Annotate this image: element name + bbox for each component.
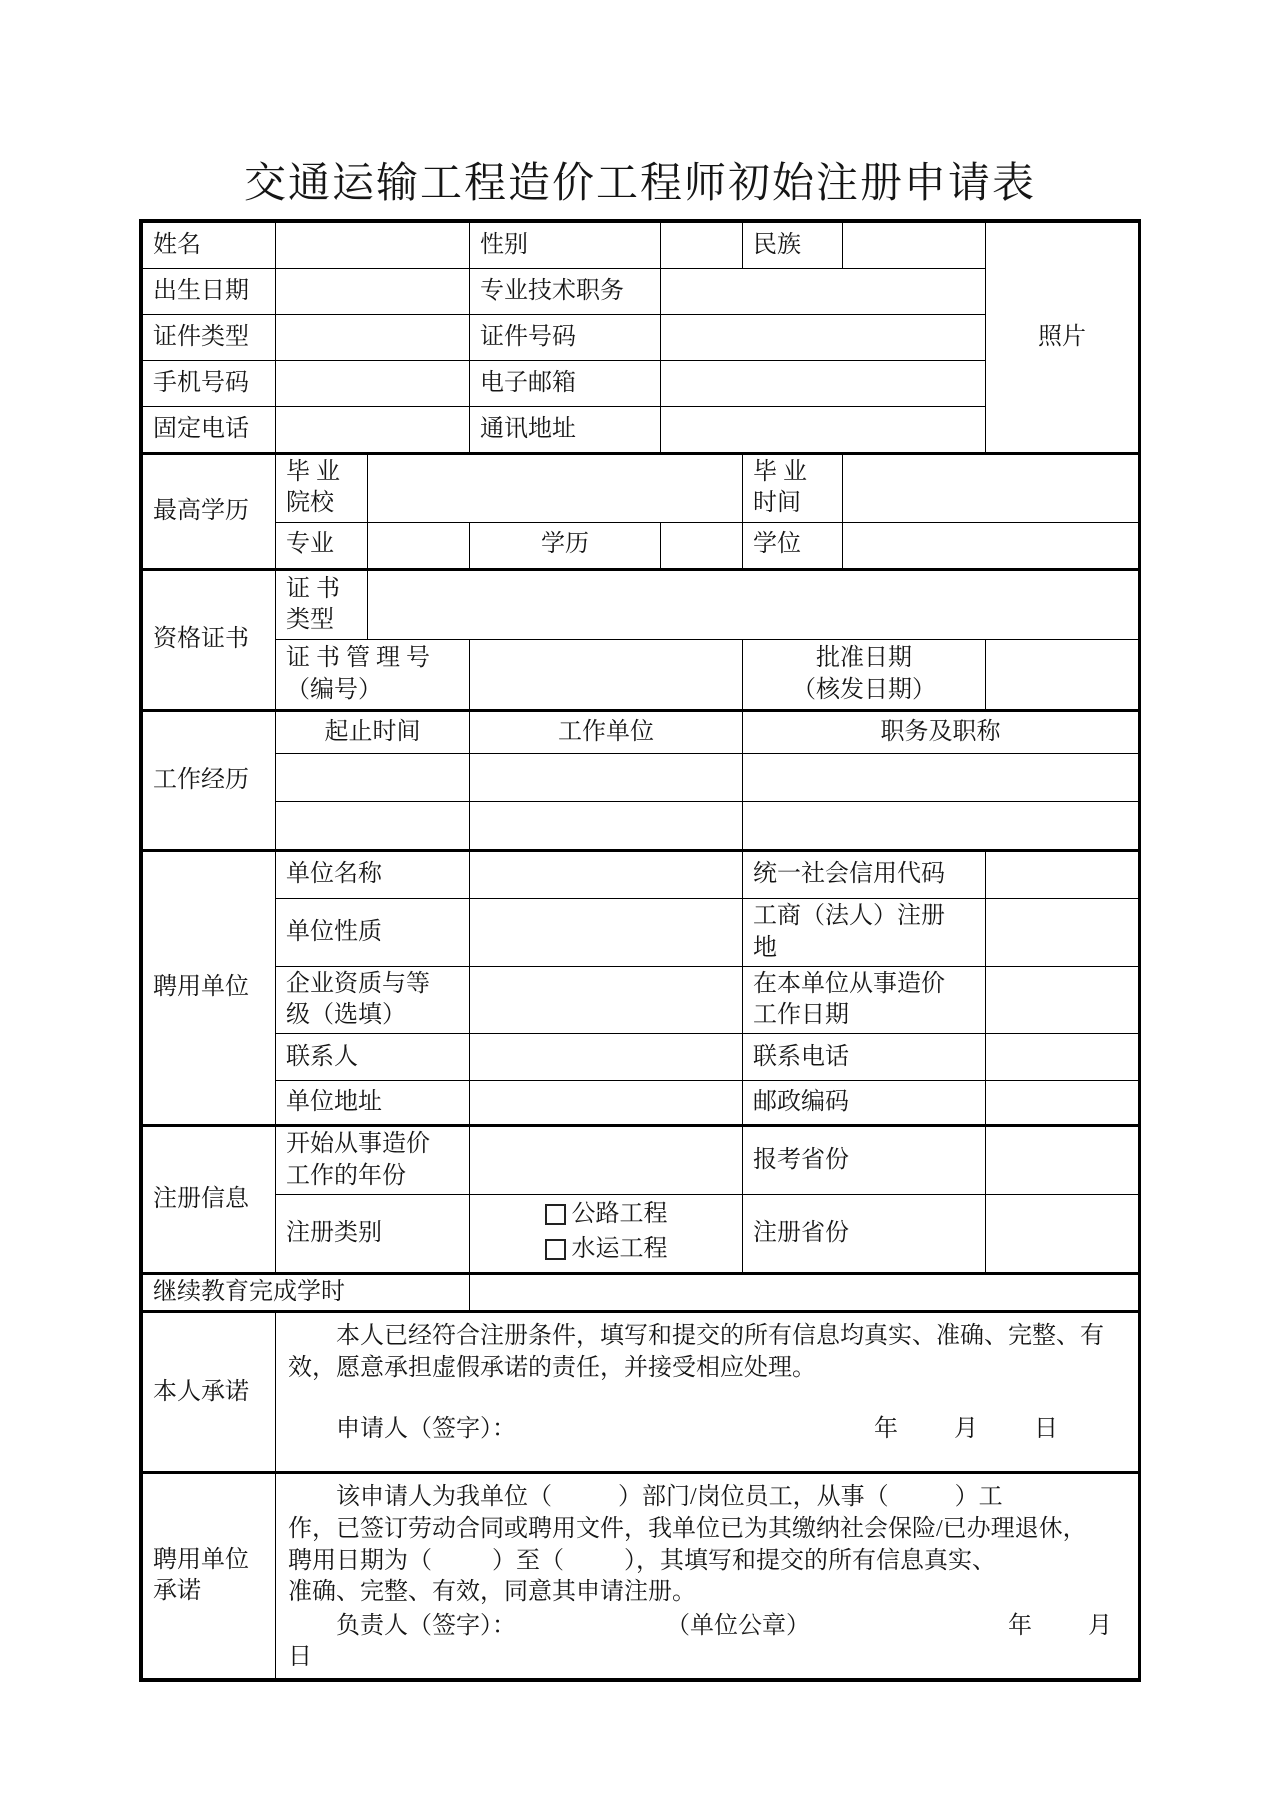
personal-commitment-section: 本人承诺 本人已经符合注册条件，填写和提交的所有信息均真实、准确、完整、有 效，… — [142, 1311, 1139, 1473]
waterway-engineering-option: 水运工程 — [545, 1232, 668, 1267]
employer-section-label: 聘用单位 — [143, 851, 276, 1125]
employer-commitment-section: 聘用单位 承诺 该申请人为我单位（ ）部门/岗位员工，从事（ ）工 作，已签订劳… — [142, 1472, 1139, 1679]
birth-date-label: 出生日期 — [143, 269, 276, 315]
enterprise-qualification-value-cell — [470, 967, 743, 1034]
unit-type-label: 单位性质 — [276, 899, 470, 967]
unit-address-value-cell — [470, 1081, 743, 1125]
personal-commitment-line1: 本人已经符合注册条件，填写和提交的所有信息均真实、准确、完整、有 — [288, 1321, 1126, 1353]
contact-person-label: 联系人 — [276, 1034, 470, 1081]
id-type-label: 证件类型 — [143, 315, 276, 361]
continuing-education-value-cell — [470, 1274, 1139, 1311]
major-value-cell — [368, 522, 470, 568]
landline-value-cell — [276, 407, 470, 453]
reg-province-value-cell — [986, 1194, 1139, 1272]
exam-province-value-cell — [986, 1126, 1139, 1194]
applicant-signature-row: 申请人（签字）： 年 月 日 — [288, 1414, 1126, 1445]
cert-type-label: 证 书 类型 — [276, 570, 368, 640]
work-position-header: 职务及职称 — [743, 711, 1139, 753]
professional-title-value-cell — [661, 269, 986, 315]
mailing-address-label: 通讯地址 — [470, 407, 661, 453]
unit-seal-label: （单位公章） — [666, 1611, 810, 1642]
work-unit-cell-2 — [470, 801, 743, 849]
application-form-table: 姓名 性别 民族 照片 出生日期 专业技术职务 证件类型 证件号码 — [139, 219, 1141, 1682]
landline-label: 固定电话 — [143, 407, 276, 453]
education-section-label: 最高学历 — [143, 454, 276, 568]
highway-engineering-option-label: 公路工程 — [572, 1197, 668, 1232]
id-type-value-cell — [276, 315, 470, 361]
personal-commitment-label: 本人承诺 — [143, 1312, 276, 1472]
responsible-signature-row: 负责人（签字）： （单位公章） 年 月 — [288, 1611, 1126, 1642]
birth-date-value-cell — [276, 269, 470, 315]
personal-commitment-content: 本人已经符合注册条件，填写和提交的所有信息均真实、准确、完整、有 效，愿意承担虚… — [276, 1312, 1139, 1472]
form-page: 交通运输工程造价工程师初始注册申请表 姓名 性别 民族 照片 出生日期 专业技术… — [0, 0, 1280, 1810]
employer-commitment-line3: 聘用日期为（ ）至（ ），其填写和提交的所有信息真实、 — [288, 1546, 1126, 1578]
registered-place-label: 工商（法人）注册 地 — [743, 899, 986, 967]
registered-place-value-cell — [986, 899, 1139, 967]
cert-number-value-cell — [470, 640, 743, 710]
employer-commitment-line2: 作，已签订劳动合同或聘用文件，我单位已为其缴纳社会保险/已办理退休， — [288, 1514, 1126, 1546]
work-period-header: 起止时间 — [276, 711, 470, 753]
credit-code-value-cell — [986, 851, 1139, 899]
name-value-cell — [276, 223, 470, 269]
year-label: 年 — [874, 1414, 898, 1445]
work-experience-section-label: 工作经历 — [143, 711, 276, 849]
name-label: 姓名 — [143, 223, 276, 269]
qualification-section-label: 资格证书 — [143, 570, 276, 710]
degree-value-cell — [843, 522, 1139, 568]
diploma-value-cell — [661, 522, 743, 568]
work-unit-cell-1 — [470, 753, 743, 801]
contact-phone-value-cell — [986, 1034, 1139, 1081]
contact-phone-label: 联系电话 — [743, 1034, 986, 1081]
email-label: 电子邮箱 — [470, 361, 661, 407]
graduate-school-label: 毕 业 院校 — [276, 454, 368, 522]
graduation-time-value-cell — [843, 454, 1139, 522]
employer-commitment-label: 聘用单位 承诺 — [143, 1473, 276, 1678]
ethnicity-value-cell — [843, 223, 986, 269]
continuing-education-label: 继续教育完成学时 — [143, 1274, 470, 1311]
postal-code-value-cell — [986, 1081, 1139, 1125]
qualification-section: 资格证书 证 书 类型 证 书 管 理 号 （编号） 批准日期 （核发日期） — [142, 569, 1139, 711]
enterprise-qualification-label: 企业资质与等 级（选填） — [276, 967, 470, 1034]
work-period-cell-1 — [276, 753, 470, 801]
gender-value-cell — [661, 223, 743, 269]
employer-section: 聘用单位 单位名称 统一社会信用代码 单位性质 工商（法人）注册 地 企业资质与… — [142, 850, 1139, 1126]
credit-code-label: 统一社会信用代码 — [743, 851, 986, 899]
checkbox-icon — [545, 1239, 566, 1260]
professional-title-label: 专业技术职务 — [470, 269, 661, 315]
work-date-in-unit-label: 在本单位从事造价 工作日期 — [743, 967, 986, 1034]
id-number-label: 证件号码 — [470, 315, 661, 361]
gender-label: 性别 — [470, 223, 661, 269]
education-section: 最高学历 毕 业 院校 毕 业 时间 专业 学历 学位 — [142, 453, 1139, 569]
contact-person-value-cell — [470, 1034, 743, 1081]
diploma-label: 学历 — [470, 522, 661, 568]
unit-type-value-cell — [470, 899, 743, 967]
day-label: 日 — [1034, 1414, 1058, 1445]
continuing-education-section: 继续教育完成学时 — [142, 1273, 1139, 1311]
form-title: 交通运输工程造价工程师初始注册申请表 — [0, 150, 1280, 210]
work-position-cell-2 — [743, 801, 1139, 849]
work-date-in-unit-value-cell — [986, 967, 1139, 1034]
work-period-cell-2 — [276, 801, 470, 849]
email-value-cell — [661, 361, 986, 407]
year-label: 年 — [1008, 1611, 1032, 1642]
unit-address-label: 单位地址 — [276, 1081, 470, 1125]
unit-name-value-cell — [470, 851, 743, 899]
work-unit-header: 工作单位 — [470, 711, 743, 753]
degree-label: 学位 — [743, 522, 843, 568]
highway-engineering-option: 公路工程 — [545, 1197, 668, 1232]
reg-category-options-cell: 公路工程 水运工程 — [470, 1194, 743, 1272]
basic-info-section: 姓名 性别 民族 照片 出生日期 专业技术职务 证件类型 证件号码 — [142, 222, 1139, 453]
cert-type-value-cell — [368, 570, 1139, 640]
start-year-label: 开始从事造价 工作的年份 — [276, 1126, 470, 1194]
month-label: 月 — [954, 1414, 978, 1445]
id-number-value-cell — [661, 315, 986, 361]
responsible-signature-label: 负责人（签字）： — [336, 1611, 516, 1642]
employer-commitment-content: 该申请人为我单位（ ）部门/岗位员工，从事（ ）工 作，已签订劳动合同或聘用文件… — [276, 1473, 1139, 1678]
work-experience-section: 工作经历 起止时间 工作单位 职务及职称 — [142, 710, 1139, 850]
personal-commitment-line2: 效，愿意承担虚假承诺的责任，并接受相应处理。 — [288, 1353, 1126, 1385]
day-label: 日 — [288, 1642, 1126, 1674]
major-label: 专业 — [276, 522, 368, 568]
registration-section-label: 注册信息 — [143, 1126, 276, 1272]
approval-date-label: 批准日期 （核发日期） — [743, 640, 986, 710]
month-label: 月 — [1088, 1611, 1112, 1642]
ethnicity-label: 民族 — [743, 223, 843, 269]
graduation-time-label: 毕 业 时间 — [743, 454, 843, 522]
approval-date-value-cell — [986, 640, 1139, 710]
start-year-value-cell — [470, 1126, 743, 1194]
exam-province-label: 报考省份 — [743, 1126, 986, 1194]
applicant-signature-label: 申请人（签字）： — [336, 1414, 516, 1445]
reg-province-label: 注册省份 — [743, 1194, 986, 1272]
registration-section: 注册信息 开始从事造价 工作的年份 报考省份 注册类别 公路工程 — [142, 1125, 1139, 1272]
mobile-label: 手机号码 — [143, 361, 276, 407]
unit-name-label: 单位名称 — [276, 851, 470, 899]
mailing-address-value-cell — [661, 407, 986, 453]
employer-commitment-line1: 该申请人为我单位（ ）部门/岗位员工，从事（ ）工 — [288, 1482, 1126, 1514]
postal-code-label: 邮政编码 — [743, 1081, 986, 1125]
employer-commitment-line4: 准确、完整、有效，同意其申请注册。 — [288, 1577, 1126, 1609]
work-position-cell-1 — [743, 753, 1139, 801]
waterway-engineering-option-label: 水运工程 — [572, 1232, 668, 1267]
mobile-value-cell — [276, 361, 470, 407]
checkbox-icon — [545, 1204, 566, 1225]
cert-number-label: 证 书 管 理 号 （编号） — [276, 640, 470, 710]
reg-category-label: 注册类别 — [276, 1194, 470, 1272]
graduate-school-value-cell — [368, 454, 743, 522]
photo-cell: 照片 — [986, 223, 1139, 453]
